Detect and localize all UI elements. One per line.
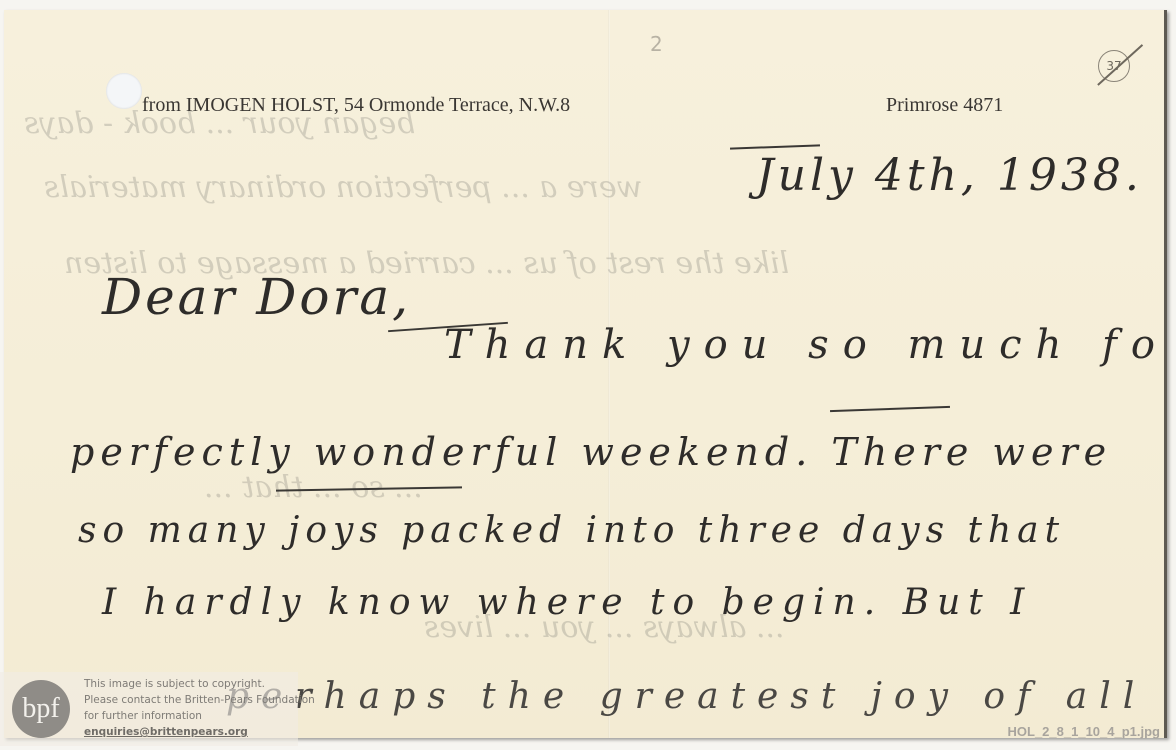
letter-line: perfectly wonderful weekend. There were: [70, 430, 1112, 474]
showthrough-text: were a ... perfection ordinary materials: [44, 170, 642, 205]
letter-page: began your ... book - days were a ... pe…: [4, 10, 1167, 738]
bpf-logo: bpf: [12, 680, 70, 738]
copyright-line: Please contact the Britten-Pears Foundat…: [84, 692, 315, 708]
image-filename: HOL_2_8_1_10_4_p1.jpg: [1008, 724, 1160, 739]
letter-line: perhaps the greatest joy of all was: [226, 676, 1167, 717]
letter-line: I hardly know where to begin. But I: [102, 582, 1032, 623]
contact-email-link[interactable]: enquiries@brittenpears.org: [84, 724, 315, 740]
pen-stroke: [830, 406, 950, 412]
copyright-line: This image is subject to copyright.: [84, 676, 315, 692]
letterhead-sender: from IMOGEN HOLST, 54 Ormonde Terrace, N…: [142, 94, 570, 117]
salutation: Dear Dora,: [102, 268, 411, 326]
letter-line: so many joys packed into three days that: [78, 510, 1065, 551]
archive-stamp: 37: [1098, 50, 1130, 82]
copyright-line: for further information: [84, 708, 315, 724]
copyright-notice: This image is subject to copyright. Plea…: [84, 676, 315, 740]
page-number: 2: [650, 32, 663, 56]
pen-stroke: [730, 144, 820, 149]
letter-line: Thank you so much for a: [444, 322, 1167, 368]
punch-hole: [106, 73, 142, 109]
letterhead-phone: Primrose 4871: [886, 94, 1003, 117]
letter-date: July 4th, 1938.: [756, 150, 1143, 201]
